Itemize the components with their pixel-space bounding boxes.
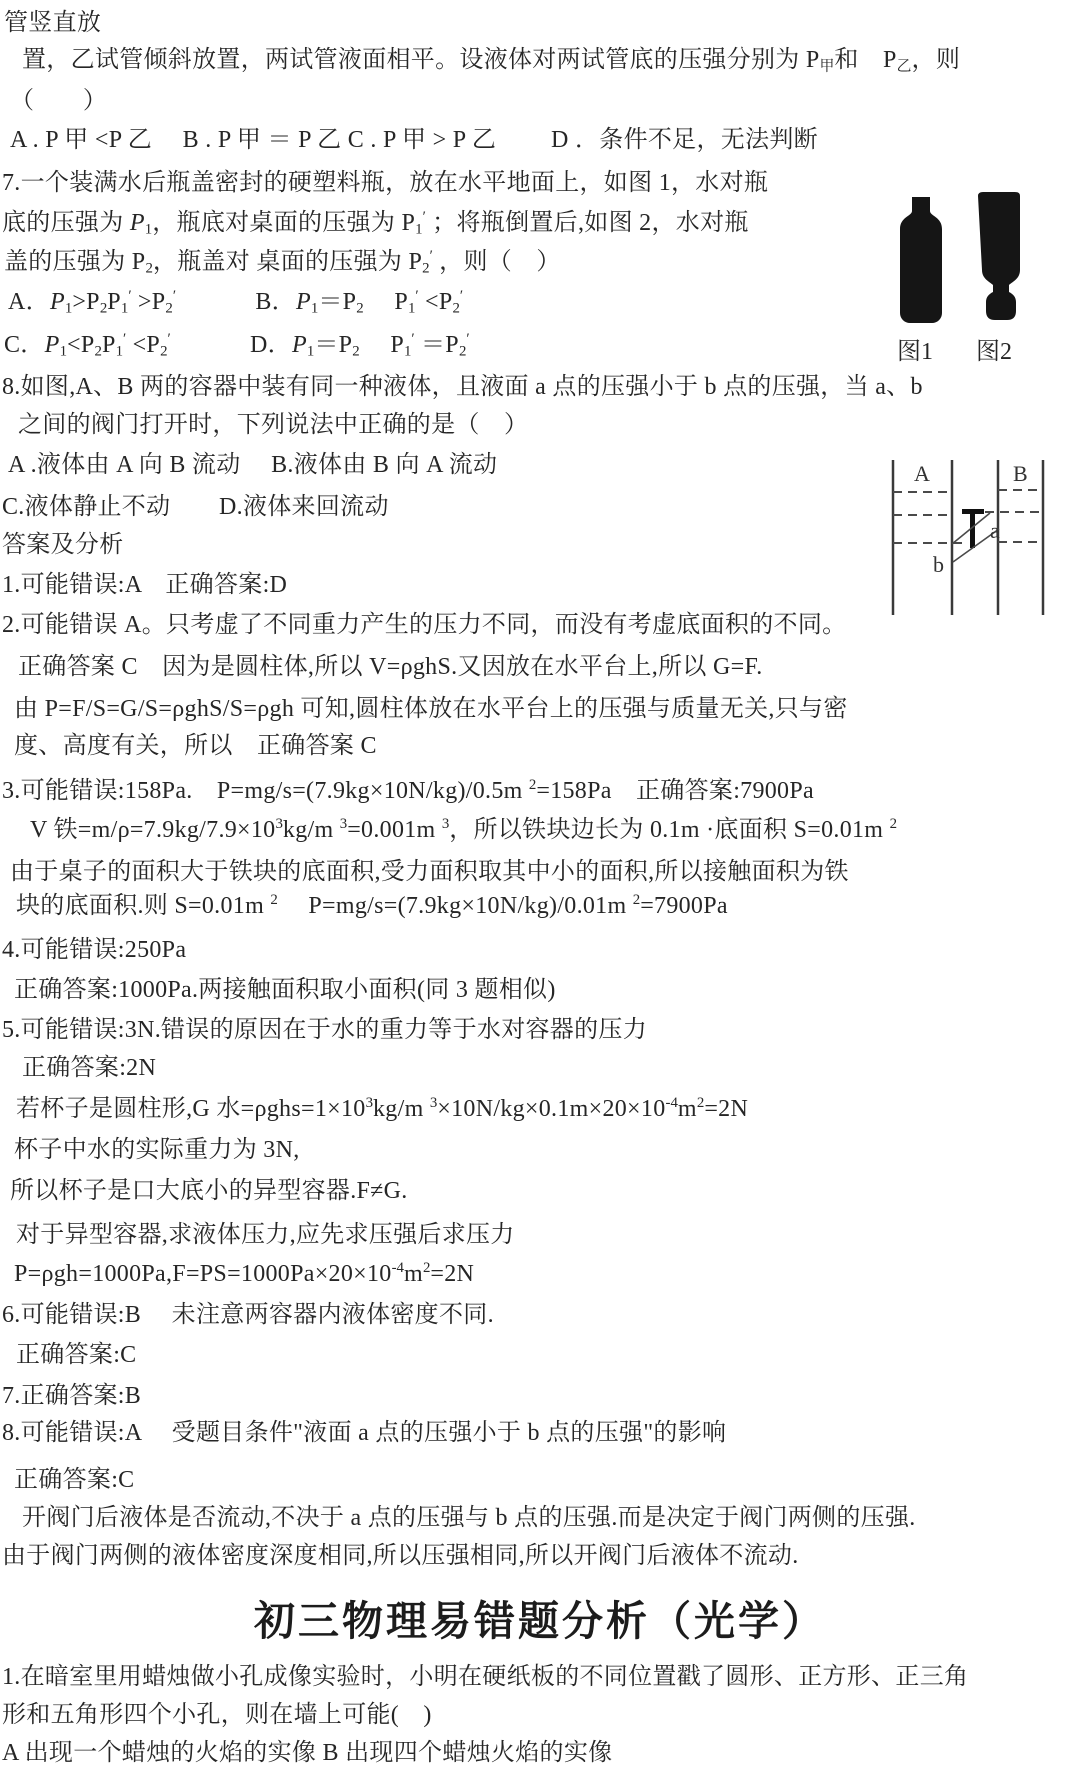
valve-icon [962,509,984,514]
text-line: 盖的压强为 P2，瓶盖对 桌面的压强为 P2′ ，则（ ） [4,247,561,278]
valve-stem-icon [970,514,975,548]
text-line: 度、高度有关，所以 正确答案 C [14,731,377,761]
text-line: 1.在暗室里用蜡烛做小孔成像实验时，小明在硬纸板的不同位置戳了圆形、正方形、正三… [2,1662,968,1692]
bottle-upright-icon [900,197,942,323]
text-line: 2.可能错误 A。只考虚了不同重力产生的压力不同，而没有考虚底面积的不同。 [2,610,846,640]
text-line: A 出现一个蜡烛的火焰的实像 B 出现四个蜡烛火焰的实像 [2,1738,612,1768]
text-line: （ ） [10,86,107,116]
text-line: 7.一个装满水后瓶盖密封的硬塑料瓶，放在水平地面上，如图 1，水对瓶 [2,168,768,198]
bottles-illustration [885,190,1035,330]
text-line: 8.如图,A、B 两的容器中装有同一种液体，且液面 a 点的压强小于 b 点的压… [2,372,923,402]
text-line: 正确答案:C [14,1465,134,1495]
text-line: A．P1>P2P1′ >P2′ B．P1＝P2 P1′ <P2′ [8,287,463,318]
figure-vessels: A B a b [878,455,1058,620]
text-line: A . P 甲 <P 乙 B . P 甲 ＝ P 乙 C . P 甲 > P 乙… [10,125,818,155]
text-line: 对于异型容器,求液体压力,应先求压强后求压力 [16,1220,515,1250]
text-line: A .液体由 A 向 B 流动 B.液体由 B 向 A 流动 [8,450,497,480]
text-line: 之间的阀门打开时，下列说法中正确的是（ ） [18,410,528,440]
text-line: 5.可能错误:3N.错误的原因在于水的重力等于水对容器的压力 [2,1015,647,1045]
text-line: C.液体静止不动 D.液体来回流动 [2,492,389,522]
text-line: 正确答案:C [16,1340,136,1370]
text-line: 若杯子是圆柱形,G 水=ρghs=1×103kg/m 3×10N/kg×0.1m… [16,1094,748,1124]
text-line: P=ρgh=1000Pa,F=PS=1000Pa×20×10-4m2=2N [14,1259,474,1289]
document-page: 管竖直放置，乙试管倾斜放置，两试管液面相平。设液体对两试管底的压强分别为 P甲和… [0,0,1080,1772]
text-line: 由 P=F/S=G/S=ρghS/S=ρgh 可知,圆柱体放在水平台上的压强与质… [14,694,848,724]
text-line: C．P1<P2P1′ <P2′ D．P1＝P2 P1′ ＝P2′ [4,330,470,361]
text-line: 由于阀门两侧的液体密度深度相同,所以压强相同,所以开阀门后液体不流动. [2,1541,799,1571]
text-line: 3.可能错误:158Pa. P=mg/s=(7.9kg×10N/kg)/0.5m… [2,776,814,806]
figure-bottles [885,190,1035,335]
text-line: 4.可能错误:250Pa [2,935,186,965]
text-line: 1.可能错误:A 正确答案:D [2,570,287,600]
point-a-label: a [990,518,1000,543]
section-title: 初三物理易错题分析（光学） [0,1588,1080,1647]
vessel-a-label: A [914,461,930,486]
text-line: 7.正确答案:B [2,1381,141,1411]
text-line: 底的压强为 P1，瓶底对桌面的压强为 P1′ ；将瓶倒置后,如图 2，水对瓶 [2,208,749,239]
figure2-caption: 图2 [976,331,1012,366]
vessel-b-label: B [1013,461,1028,486]
text-line: 正确答案:1000Pa.两接触面积取小面积(同 3 题相似) [14,975,556,1005]
text-line: 正确答案 C 因为是圆柱体,所以 V=ρghS.又因放在水平台上,所以 G=F. [18,652,763,682]
point-b-label: b [933,552,944,577]
text-line: 块的底面积.则 S=0.01m 2 P=mg/s=(7.9kg×10N/kg)/… [16,891,728,921]
text-line: 由于桌子的面积大于铁块的底面积,受力面积取其中小的面积,所以接触面积为铁 [10,857,849,887]
text-line: 管竖直放 [4,8,101,38]
bottle-inverted-icon [978,192,1020,320]
text-line: 所以杯子是口大底小的异型容器.F≠G. [10,1176,408,1206]
text-line: 答案及分析 [2,530,124,560]
text-line: 6.可能错误:B 未注意两容器内液体密度不同. [2,1300,494,1330]
text-line: V 铁=m/ρ=7.9kg/7.9×103kg/m 3=0.001m 3，所以铁… [30,815,897,845]
text-line: 杯子中水的实际重力为 3N, [14,1135,300,1165]
text-line: 开阀门后液体是否流动,不决于 a 点的压强与 b 点的压强.而是决定于阀门两侧的… [22,1503,916,1533]
text-line: 置，乙试管倾斜放置，两试管液面相平。设液体对两试管底的压强分别为 P甲和 P乙，… [22,45,960,76]
figure1-caption: 图1 [897,331,933,366]
text-line: 形和五角形四个小孔，则在墙上可能( ) [2,1700,432,1730]
text-line: 正确答案:2N [22,1053,156,1083]
text-line: 8.可能错误:A 受题目条件"液面 a 点的压强小于 b 点的压强"的影响 [2,1418,726,1448]
